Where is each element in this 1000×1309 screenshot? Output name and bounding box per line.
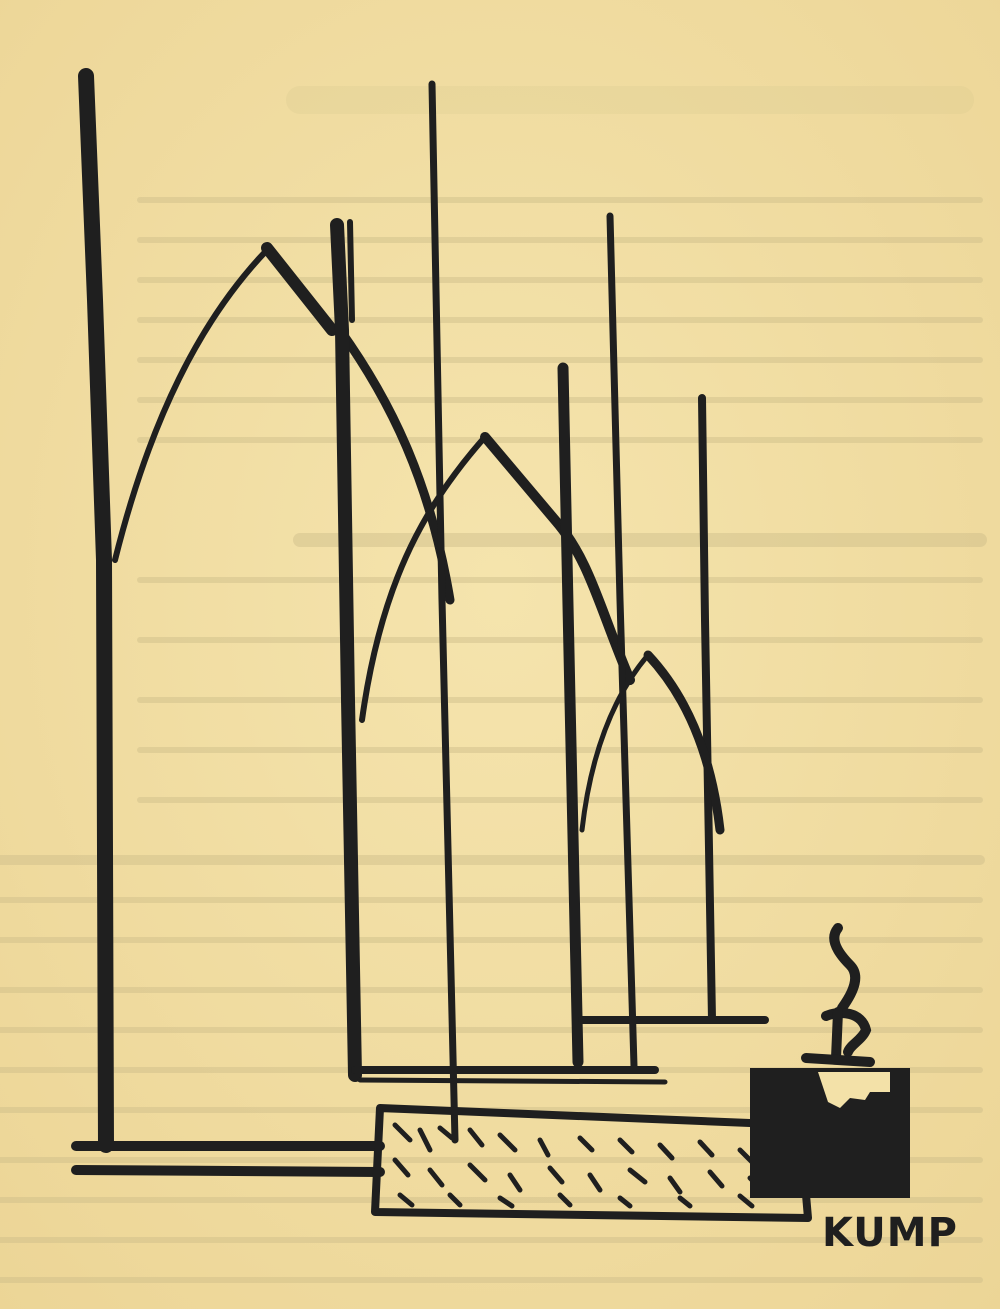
ink-drawing: KUMP <box>0 0 1000 1309</box>
artist-signature: KUMP <box>822 1210 958 1256</box>
dark-block <box>750 1068 910 1198</box>
